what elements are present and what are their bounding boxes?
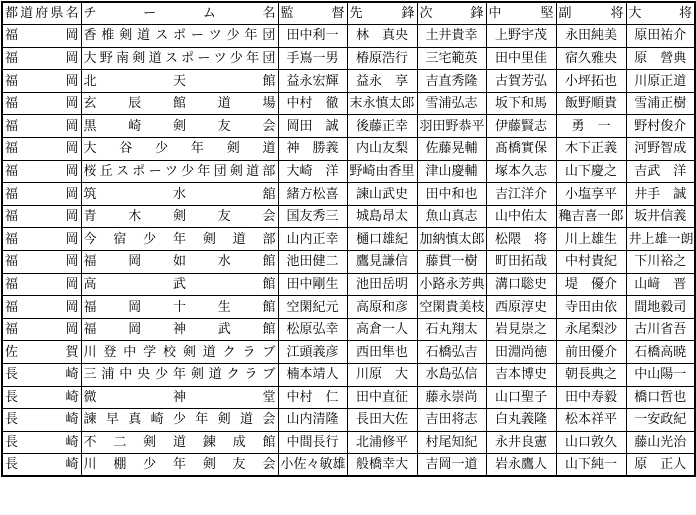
taisho-cell: 井手 誠: [626, 183, 695, 206]
coach-cell: 神 勝義: [278, 138, 347, 161]
chuken-cell: 西原淳史: [486, 296, 556, 319]
jiho-cell: 佐藤晃輔: [417, 138, 486, 161]
prefecture-cell: 長崎: [2, 431, 81, 454]
senpo-cell: 樋口雄紀: [347, 228, 417, 251]
taisho-cell: 橋口哲也: [626, 386, 695, 409]
prefecture-cell: 福岡: [2, 115, 81, 138]
jiho-cell: 吉直秀隆: [417, 70, 486, 93]
senpo-cell: 般橋幸大: [347, 454, 417, 477]
fukusho-cell: 永尾梨沙: [556, 318, 626, 341]
jiho-cell: 藤永崇尚: [417, 386, 486, 409]
chuken-cell: 山口聖子: [486, 386, 556, 409]
prefecture-cell: 福岡: [2, 296, 81, 319]
taisho-cell: 坂井信義: [626, 205, 695, 228]
table-row: 福岡桜丘スポーツ少年団剣道部大崎 洋野崎由香里津山慶輔塚本久志山下慶之吉武 洋: [2, 160, 695, 183]
table-row: 福岡今宿少年剣道部山内正幸樋口雄紀加納慎太郎松隈 将川上雄生井上雄一朗: [2, 228, 695, 251]
chuken-cell: 髙橋實保: [486, 138, 556, 161]
taisho-cell: 中山陽一: [626, 364, 695, 387]
chuken-cell: 溝口聡史: [486, 273, 556, 296]
jiho-cell: 羽田野恭平: [417, 115, 486, 138]
jiho-cell: 雪浦弘志: [417, 92, 486, 115]
coach-cell: 池田健二: [278, 251, 347, 274]
table-row: 長崎川棚少年剣友会小佐々敏雄般橋幸大吉岡一道岩永鷹人山下純一原 正人: [2, 454, 695, 477]
senpo-cell: 田中直征: [347, 386, 417, 409]
jiho-cell: 空閑貴美枝: [417, 296, 486, 319]
team-name-cell: 福岡如水館: [81, 251, 278, 274]
table-row: 福岡香椎剣道スポーツ少年団田中利一林 真央土井貴幸上野宇茂永田純美原田祐介: [2, 25, 695, 48]
senpo-cell: 西田隼也: [347, 341, 417, 364]
coach-cell: 緒方松喜: [278, 183, 347, 206]
table-row: 福岡大野南剣道スポーツ少年団手嶌一男椿原浩行三宅範英田中里佳宿久雅央原 營典: [2, 47, 695, 70]
column-header-taisho: 大将: [626, 2, 695, 25]
prefecture-cell: 福岡: [2, 25, 81, 48]
coach-cell: 空閑紀元: [278, 296, 347, 319]
coach-cell: 手嶌一男: [278, 47, 347, 70]
chuken-cell: 松隈 将: [486, 228, 556, 251]
prefecture-cell: 佐賀: [2, 341, 81, 364]
prefecture-cell: 福岡: [2, 205, 81, 228]
column-header-prefecture: 都道府県名: [2, 2, 81, 25]
coach-cell: 岡田 誠: [278, 115, 347, 138]
fukusho-cell: 飯野順貴: [556, 92, 626, 115]
fukusho-cell: 朝長典之: [556, 364, 626, 387]
jiho-cell: 藤貫一樹: [417, 251, 486, 274]
taisho-cell: 間地毅司: [626, 296, 695, 319]
coach-cell: 益永宏輝: [278, 70, 347, 93]
fukusho-cell: 勇 一: [556, 115, 626, 138]
senpo-cell: 城島昂太: [347, 205, 417, 228]
coach-cell: 中村 徹: [278, 92, 347, 115]
column-header-chuken: 中堅: [486, 2, 556, 25]
jiho-cell: 田中和也: [417, 183, 486, 206]
senpo-cell: 後藤正幸: [347, 115, 417, 138]
jiho-cell: 吉田将志: [417, 409, 486, 432]
table-row: 福岡筑水舘緒方松喜諫山武史田中和也吉江洋介小塩享平井手 誠: [2, 183, 695, 206]
chuken-cell: 山中佑太: [486, 205, 556, 228]
team-name-cell: 桜丘スポーツ少年団剣道部: [81, 160, 278, 183]
column-header-coach: 監督: [278, 2, 347, 25]
prefecture-cell: 長崎: [2, 364, 81, 387]
chuken-cell: 古賀芳弘: [486, 70, 556, 93]
fukusho-cell: 小塩享平: [556, 183, 626, 206]
team-name-cell: 青木剣友会: [81, 205, 278, 228]
team-name-cell: 福岡神武館: [81, 318, 278, 341]
prefecture-cell: 福岡: [2, 160, 81, 183]
taisho-cell: 川原正道: [626, 70, 695, 93]
chuken-cell: 坂下和馬: [486, 92, 556, 115]
table-header: 都道府県名 チーム名 監督 先鋒 次鋒 中堅 副将 大将: [2, 2, 695, 25]
taisho-cell: 山﨑 晋: [626, 273, 695, 296]
taisho-cell: 石橋高暁: [626, 341, 695, 364]
taisho-cell: 井上雄一朗: [626, 228, 695, 251]
prefecture-cell: 福岡: [2, 183, 81, 206]
fukusho-cell: 永田純美: [556, 25, 626, 48]
taisho-cell: 古川省吾: [626, 318, 695, 341]
prefecture-cell: 福岡: [2, 47, 81, 70]
coach-cell: 松原弘幸: [278, 318, 347, 341]
senpo-cell: 高倉一人: [347, 318, 417, 341]
table-row: 福岡青木剣友会国友秀三城島昂太魚山真志山中佑太穐吉喜一郎坂井信義: [2, 205, 695, 228]
fukusho-cell: 宿久雅央: [556, 47, 626, 70]
table-row: 福岡福岡十生館空閑紀元高原和彦空閑貴美枝西原淳史寺田由依間地毅司: [2, 296, 695, 319]
senpo-cell: 池田岳明: [347, 273, 417, 296]
column-header-fukusho: 副将: [556, 2, 626, 25]
team-name-cell: 不二剣道錬成館: [81, 431, 278, 454]
coach-cell: 山内正幸: [278, 228, 347, 251]
senpo-cell: 末永慎太郎: [347, 92, 417, 115]
team-name-cell: 今宿少年剣道部: [81, 228, 278, 251]
table-row: 佐賀川登中学校剣道クラブ江頭義彦西田隼也石橋弘吉田淵尚徳前田優介石橋高暁: [2, 341, 695, 364]
team-name-cell: 高武館: [81, 273, 278, 296]
coach-cell: 小佐々敏雄: [278, 454, 347, 477]
senpo-cell: 益永 享: [347, 70, 417, 93]
coach-cell: 中間長行: [278, 431, 347, 454]
chuken-cell: 塚本久志: [486, 160, 556, 183]
fukusho-cell: 中村貴紀: [556, 251, 626, 274]
senpo-cell: 椿原浩行: [347, 47, 417, 70]
chuken-cell: 吉本博史: [486, 364, 556, 387]
prefecture-cell: 長崎: [2, 386, 81, 409]
taisho-cell: 下川裕之: [626, 251, 695, 274]
team-name-cell: 香椎剣道スポーツ少年団: [81, 25, 278, 48]
senpo-cell: 鷹見謙信: [347, 251, 417, 274]
prefecture-cell: 福岡: [2, 273, 81, 296]
taisho-cell: 野村俊介: [626, 115, 695, 138]
senpo-cell: 諫山武史: [347, 183, 417, 206]
prefecture-cell: 長崎: [2, 454, 81, 477]
fukusho-cell: 田中寿毅: [556, 386, 626, 409]
jiho-cell: 津山慶輔: [417, 160, 486, 183]
fukusho-cell: 山口敦久: [556, 431, 626, 454]
jiho-cell: 加納慎太郎: [417, 228, 486, 251]
jiho-cell: 小路永芳典: [417, 273, 486, 296]
taisho-cell: 一安政紀: [626, 409, 695, 432]
team-name-cell: 微神堂: [81, 386, 278, 409]
table-row: 長崎不二剣道錬成館中間長行北浦修平村尾知紀永井良憲山口敦久藤山光治: [2, 431, 695, 454]
table-row: 福岡福岡如水館池田健二鷹見謙信藤貫一樹町田拓哉中村貴紀下川裕之: [2, 251, 695, 274]
team-name-cell: 三浦中央少年剣道クラブ: [81, 364, 278, 387]
table-row: 長崎諫早真崎少年剣道会山内清隆長田大佐吉田将志白丸義隆松本祥平一安政紀: [2, 409, 695, 432]
coach-cell: 江頭義彦: [278, 341, 347, 364]
jiho-cell: 石丸翔太: [417, 318, 486, 341]
column-header-jiho: 次鋒: [417, 2, 486, 25]
senpo-cell: 高原和彦: [347, 296, 417, 319]
chuken-cell: 上野宇茂: [486, 25, 556, 48]
jiho-cell: 水島弘信: [417, 364, 486, 387]
chuken-cell: 白丸義隆: [486, 409, 556, 432]
prefecture-cell: 長崎: [2, 409, 81, 432]
jiho-cell: 吉岡一道: [417, 454, 486, 477]
jiho-cell: 石橋弘吉: [417, 341, 486, 364]
column-header-team-name: チーム名: [81, 2, 278, 25]
team-name-cell: 諫早真崎少年剣道会: [81, 409, 278, 432]
roster-table: 都道府県名 チーム名 監督 先鋒 次鋒 中堅 副将 大将 福岡香椎剣道スポーツ少…: [1, 1, 696, 477]
fukusho-cell: 川上雄生: [556, 228, 626, 251]
prefecture-cell: 福岡: [2, 138, 81, 161]
taisho-cell: 原田祐介: [626, 25, 695, 48]
table-body: 福岡香椎剣道スポーツ少年団田中利一林 真央土井貴幸上野宇茂永田純美原田祐介福岡大…: [2, 25, 695, 477]
table-row: 福岡玄辰館道場中村 徹末永慎太郎雪浦弘志坂下和馬飯野順貴雪浦正樹: [2, 92, 695, 115]
jiho-cell: 村尾知紀: [417, 431, 486, 454]
chuken-cell: 田中里佳: [486, 47, 556, 70]
taisho-cell: 原 營典: [626, 47, 695, 70]
fukusho-cell: 木下正義: [556, 138, 626, 161]
jiho-cell: 魚山真志: [417, 205, 486, 228]
chuken-cell: 岩見崇之: [486, 318, 556, 341]
chuken-cell: 吉江洋介: [486, 183, 556, 206]
fukusho-cell: 山下慶之: [556, 160, 626, 183]
table-row: 長崎微神堂中村 仁田中直征藤永崇尚山口聖子田中寿毅橋口哲也: [2, 386, 695, 409]
team-name-cell: 福岡十生館: [81, 296, 278, 319]
fukusho-cell: 小坪拓也: [556, 70, 626, 93]
senpo-cell: 林 真央: [347, 25, 417, 48]
coach-cell: 楠本靖人: [278, 364, 347, 387]
coach-cell: 中村 仁: [278, 386, 347, 409]
team-name-cell: 北天館: [81, 70, 278, 93]
chuken-cell: 田淵尚徳: [486, 341, 556, 364]
chuken-cell: 町田拓哉: [486, 251, 556, 274]
coach-cell: 国友秀三: [278, 205, 347, 228]
senpo-cell: 長田大佐: [347, 409, 417, 432]
taisho-cell: 原 正人: [626, 454, 695, 477]
jiho-cell: 三宅範英: [417, 47, 486, 70]
prefecture-cell: 福岡: [2, 92, 81, 115]
prefecture-cell: 福岡: [2, 70, 81, 93]
prefecture-cell: 福岡: [2, 318, 81, 341]
senpo-cell: 北浦修平: [347, 431, 417, 454]
prefecture-cell: 福岡: [2, 228, 81, 251]
taisho-cell: 吉武 洋: [626, 160, 695, 183]
senpo-cell: 内山友梨: [347, 138, 417, 161]
taisho-cell: 雪浦正樹: [626, 92, 695, 115]
taisho-cell: 河野智成: [626, 138, 695, 161]
team-name-cell: 川棚少年剣友会: [81, 454, 278, 477]
senpo-cell: 川原 大: [347, 364, 417, 387]
fukusho-cell: 堤 優介: [556, 273, 626, 296]
team-name-cell: 玄辰館道場: [81, 92, 278, 115]
table-row: 福岡高武館田中剛生池田岳明小路永芳典溝口聡史堤 優介山﨑 晋: [2, 273, 695, 296]
fukusho-cell: 前田優介: [556, 341, 626, 364]
page: 都道府県名 チーム名 監督 先鋒 次鋒 中堅 副将 大将 福岡香椎剣道スポーツ少…: [0, 0, 696, 515]
team-name-cell: 大野南剣道スポーツ少年団: [81, 47, 278, 70]
team-name-cell: 川登中学校剣道クラブ: [81, 341, 278, 364]
senpo-cell: 野崎由香里: [347, 160, 417, 183]
coach-cell: 田中利一: [278, 25, 347, 48]
fukusho-cell: 穐吉喜一郎: [556, 205, 626, 228]
column-header-senpo: 先鋒: [347, 2, 417, 25]
taisho-cell: 藤山光治: [626, 431, 695, 454]
table-row: 福岡北天館益永宏輝益永 享吉直秀隆古賀芳弘小坪拓也川原正道: [2, 70, 695, 93]
chuken-cell: 岩永鷹人: [486, 454, 556, 477]
chuken-cell: 伊藤賢志: [486, 115, 556, 138]
team-name-cell: 筑水舘: [81, 183, 278, 206]
fukusho-cell: 山下純一: [556, 454, 626, 477]
header-row: 都道府県名 チーム名 監督 先鋒 次鋒 中堅 副将 大将: [2, 2, 695, 25]
team-name-cell: 黒崎剣友会: [81, 115, 278, 138]
jiho-cell: 土井貴幸: [417, 25, 486, 48]
fukusho-cell: 松本祥平: [556, 409, 626, 432]
table-row: 福岡福岡神武館松原弘幸高倉一人石丸翔太岩見崇之永尾梨沙古川省吾: [2, 318, 695, 341]
table-row: 福岡大谷少年剣道神 勝義内山友梨佐藤晃輔髙橋實保木下正義河野智成: [2, 138, 695, 161]
fukusho-cell: 寺田由依: [556, 296, 626, 319]
coach-cell: 田中剛生: [278, 273, 347, 296]
chuken-cell: 永井良憲: [486, 431, 556, 454]
table-row: 長崎三浦中央少年剣道クラブ楠本靖人川原 大水島弘信吉本博史朝長典之中山陽一: [2, 364, 695, 387]
prefecture-cell: 福岡: [2, 251, 81, 274]
coach-cell: 山内清隆: [278, 409, 347, 432]
table-row: 福岡黒崎剣友会岡田 誠後藤正幸羽田野恭平伊藤賢志勇 一野村俊介: [2, 115, 695, 138]
team-name-cell: 大谷少年剣道: [81, 138, 278, 161]
coach-cell: 大崎 洋: [278, 160, 347, 183]
